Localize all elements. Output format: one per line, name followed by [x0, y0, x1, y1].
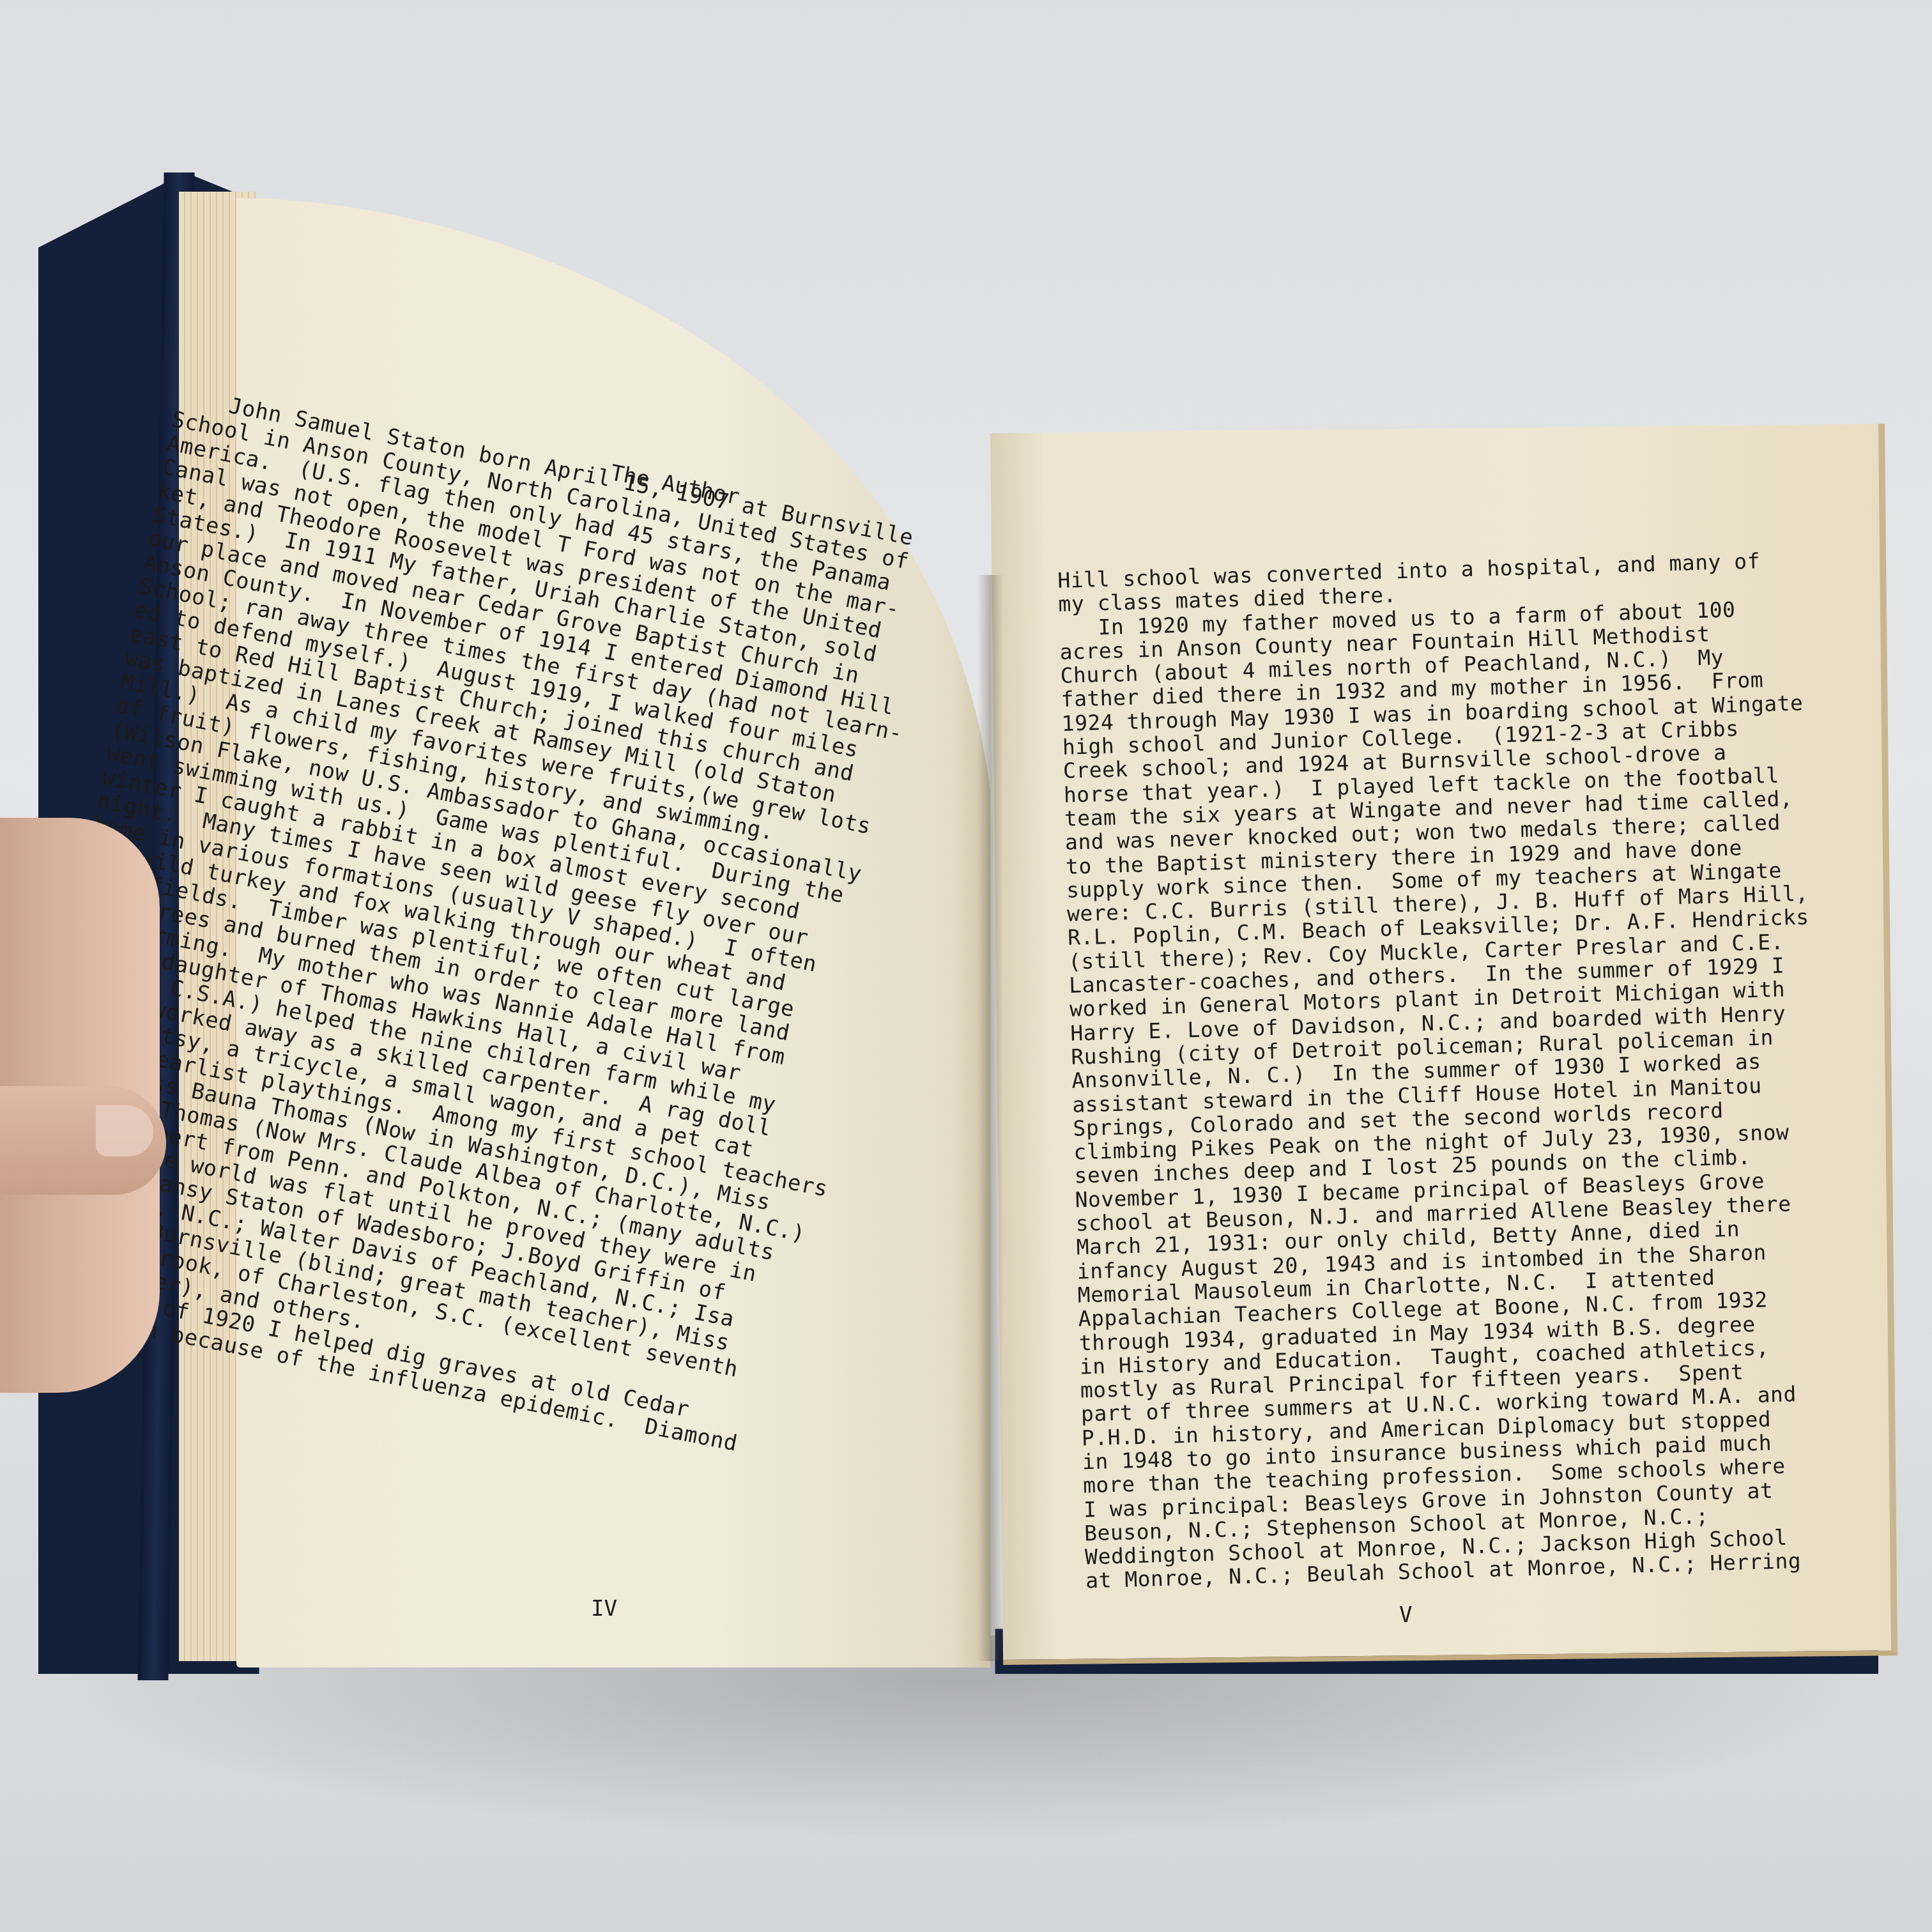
right-page-text: Hill school was converted into a hospita… — [1057, 548, 1827, 1593]
page-number-left: IV — [591, 1596, 617, 1621]
book-gutter — [977, 575, 1003, 1661]
page-number-right: V — [1399, 1602, 1412, 1628]
thumbnail — [96, 1105, 153, 1156]
